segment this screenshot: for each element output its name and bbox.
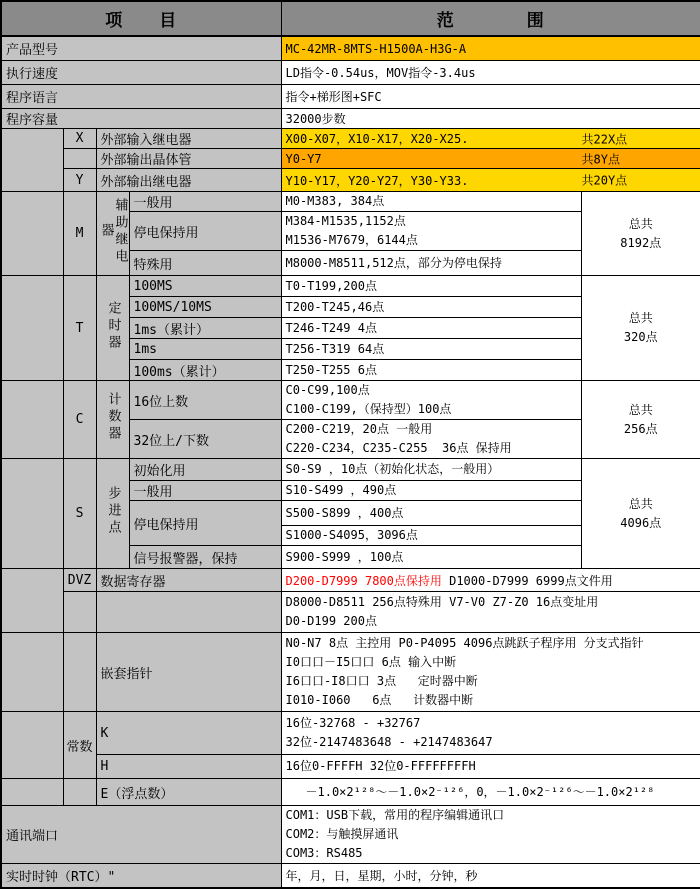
dvz-letter: DVZ [63, 569, 96, 592]
constant-e-value: －1.0×2¹²⁸～－1.0×2⁻¹²⁶，0，－1.0×2⁻¹²⁶～－1.0×2… [281, 779, 700, 806]
c-block-spacer [1, 381, 63, 459]
m-block-spacer [1, 192, 63, 276]
t-row1-attr: 100MS [129, 276, 281, 297]
header-item-column: 项 目 [1, 1, 281, 36]
row-data-register-2: D8000-D8511 256点特殊用 V7-V0 Z7-Z0 16点变址用D0… [1, 592, 700, 633]
output-relay-count: 共20Y点 [582, 172, 628, 189]
s-letter: S [63, 459, 96, 569]
m-special-value: M8000-M8511,512点，部分为停电保持 [281, 251, 581, 276]
pointer-block-spacer [1, 633, 63, 712]
s-latched-value-2: S1000-S4095，3096点 [281, 526, 581, 546]
row-t-100ms: T 定时器 100MS T0-T199,200点 总共320点 [1, 276, 700, 297]
row-output-transistor: 外部输出晶体管 Y0-Y7共8Y点 [1, 149, 700, 169]
e-group-empty [63, 779, 96, 806]
row-comm-ports: 通讯端口 COM1：USB下载，常用的程序编辑通讯口 COM2：与触摸屏通讯 C… [1, 806, 700, 864]
output-relay-range: Y10-Y17，Y20-Y27，Y30-Y33.共20Y点 [281, 169, 700, 192]
row-exec-speed: 执行速度 LD指令-0.54us，MOV指令-3.4us [1, 61, 700, 85]
constant-h-value: 16位0-FFFFH 32位0-FFFFFFFFH [281, 755, 700, 779]
s-total: 总共4096点 [581, 459, 700, 569]
t-row5-attr: 100ms（累计） [129, 360, 281, 381]
m-special-attr: 特殊用 [129, 251, 281, 276]
constant-h-attr: H [96, 755, 281, 779]
row-program-language: 程序语言 指令+梯形图+SFC [1, 85, 700, 109]
row-m-general: M 辅助继电器 一般用 M0-M383, 384点 总共8192点 [1, 192, 700, 212]
rtc-label: 实时时钟（RTC）" [1, 864, 281, 889]
t-total: 总共320点 [581, 276, 700, 381]
constant-e-attr: E（浮点数） [96, 779, 281, 806]
y-letter: Y [63, 169, 96, 192]
s-init-attr: 初始化用 [129, 459, 281, 481]
row-product-model: 产品型号 MC-42MR-8MTS-H1500A-H3G-A [1, 36, 700, 61]
s-block-spacer [1, 459, 63, 569]
product-model-value: MC-42MR-8MTS-H1500A-H3G-A [281, 36, 700, 61]
row-constant-k: 常数 K 16位-32768 - +3276732位-2147483648 - … [1, 712, 700, 755]
m-letter: M [63, 192, 96, 276]
m-latched-attr: 停电保持用 [129, 212, 281, 251]
row-nested-pointer: 嵌套指针 N0-N7 8点 主控用 P0-P4095 4096点跳跃子程序用 分… [1, 633, 700, 712]
c-32bit-attr: 32位上/下数 [129, 420, 281, 459]
data-register-label: 数据寄存器 [96, 569, 281, 592]
t-block-spacer [1, 276, 63, 381]
exec-speed-value: LD指令-0.54us，MOV指令-3.4us [281, 61, 700, 85]
program-capacity-label: 程序容量 [1, 109, 281, 129]
t-row2-attr: 100MS/10MS [129, 297, 281, 318]
t-letter: T [63, 276, 96, 381]
row-c-16bit: C 计数器 16位上数 C0-C99,100点C100-C199,（保持型）10… [1, 381, 700, 420]
x-letter: X [63, 129, 96, 149]
e-block-spacer [1, 779, 63, 806]
nested-pointer-label: 嵌套指针 [96, 633, 281, 712]
program-language-label: 程序语言 [1, 85, 281, 109]
row-program-capacity: 程序容量 32000步数 [1, 109, 700, 129]
c-32bit-value: C200-C219，20点 一般用C220-C234，C235-C255 36点… [281, 420, 581, 459]
s-latched-attr: 停电保持用 [129, 501, 281, 546]
nested-pointer-value: N0-N7 8点 主控用 P0-P4095 4096点跳跃子程序用 分支式指针 … [281, 633, 700, 712]
data-register-value-1: D200-D7999 7800点保持用 D1000-D7999 6999点文件用 [281, 569, 700, 592]
c-letter: C [63, 381, 96, 459]
s-latched-value-1: S500-S899 ，400点 [281, 501, 581, 526]
s-annunciator-attr: 信号报警器，保持 [129, 546, 281, 569]
rtc-value: 年，月，日，星期，小时，分钟，秒 [281, 864, 700, 889]
t-row4-value: T256-T319 64点 [281, 339, 581, 360]
transistor-letter-empty [63, 149, 96, 169]
plc-spec-table: 项 目 范 围 产品型号 MC-42MR-8MTS-H1500A-H3G-A 执… [0, 0, 700, 889]
constants-group-label: 常数 [63, 712, 96, 779]
t-row3-value: T246-T249 4点 [281, 318, 581, 339]
row-input-relay: X 外部输入继电器 X00-X07，X10-X17，X20-X25.共22X点 [1, 129, 700, 149]
row-rtc: 实时时钟（RTC）" 年，月，日，星期，小时，分钟，秒 [1, 864, 700, 889]
data-register-label-empty [96, 592, 281, 633]
m-group-label: 辅助继电器 [96, 192, 129, 276]
output-transistor-count: 共8Y点 [582, 150, 620, 167]
constant-k-value: 16位-32768 - +3276732位-2147483648 - +2147… [281, 712, 700, 755]
c-total: 总共256点 [581, 381, 700, 459]
input-relay-label: 外部输入继电器 [96, 129, 281, 149]
constant-k-attr: K [96, 712, 281, 755]
table-header-row: 项 目 范 围 [1, 1, 700, 36]
m-latched-value: M384-M1535,1152点M1536-M7679，6144点 [281, 212, 581, 251]
output-transistor-range: Y0-Y7共8Y点 [281, 149, 700, 169]
product-model-label: 产品型号 [1, 36, 281, 61]
m-general-value: M0-M383, 384点 [281, 192, 581, 212]
s-init-value: S0-S9 ，10点（初始化状态，一般用） [281, 459, 581, 481]
row-data-register-1: DVZ 数据寄存器 D200-D7999 7800点保持用 D1000-D799… [1, 569, 700, 592]
exec-speed-label: 执行速度 [1, 61, 281, 85]
pointer-letter-empty [63, 633, 96, 712]
s-group-label: 步进点 [96, 459, 129, 569]
s-annunciator-value: S900-S999 ，100点 [281, 546, 581, 569]
m-total: 总共8192点 [581, 192, 700, 276]
m-general-attr: 一般用 [129, 192, 281, 212]
header-range-column: 范 围 [281, 1, 700, 36]
t-row2-value: T200-T245,46点 [281, 297, 581, 318]
s-general-attr: 一般用 [129, 481, 281, 501]
t-group-label: 定时器 [96, 276, 129, 381]
c-16bit-value: C0-C99,100点C100-C199,（保持型）100点 [281, 381, 581, 420]
output-transistor-label: 外部输出晶体管 [96, 149, 281, 169]
comm-ports-value: COM1：USB下载，常用的程序编辑通讯口 COM2：与触摸屏通讯 COM3：R… [281, 806, 700, 864]
data-register-value-2: D8000-D8511 256点特殊用 V7-V0 Z7-Z0 16点变址用D0… [281, 592, 700, 633]
input-relay-count: 共22X点 [582, 130, 628, 147]
data-register-red-text: D200-D7999 7800点保持用 [286, 574, 442, 588]
k-block-spacer [1, 712, 63, 779]
input-relay-range: X00-X07，X10-X17，X20-X25.共22X点 [281, 129, 700, 149]
s-general-value: S10-S499 ，490点 [281, 481, 581, 501]
row-s-init: S 步进点 初始化用 S0-S9 ，10点（初始化状态，一般用） 总共4096点 [1, 459, 700, 481]
output-relay-label: 外部输出继电器 [96, 169, 281, 192]
row-output-relay: Y 外部输出继电器 Y10-Y17，Y20-Y27，Y30-Y33.共20Y点 [1, 169, 700, 192]
c-group-label: 计数器 [96, 381, 129, 459]
program-language-value: 指令+梯形图+SFC [281, 85, 700, 109]
io-block-spacer [1, 129, 63, 192]
dvz-letter-empty [63, 592, 96, 633]
c-16bit-attr: 16位上数 [129, 381, 281, 420]
t-row1-value: T0-T199,200点 [281, 276, 581, 297]
t-row3-attr: 1ms（累计） [129, 318, 281, 339]
d-block-spacer [1, 569, 63, 633]
program-capacity-value: 32000步数 [281, 109, 700, 129]
t-row5-value: T250-T255 6点 [281, 360, 581, 381]
row-constant-e: E（浮点数） －1.0×2¹²⁸～－1.0×2⁻¹²⁶，0，－1.0×2⁻¹²⁶… [1, 779, 700, 806]
comm-ports-label: 通讯端口 [1, 806, 281, 864]
row-constant-h: H 16位0-FFFFH 32位0-FFFFFFFFH [1, 755, 700, 779]
t-row4-attr: 1ms [129, 339, 281, 360]
